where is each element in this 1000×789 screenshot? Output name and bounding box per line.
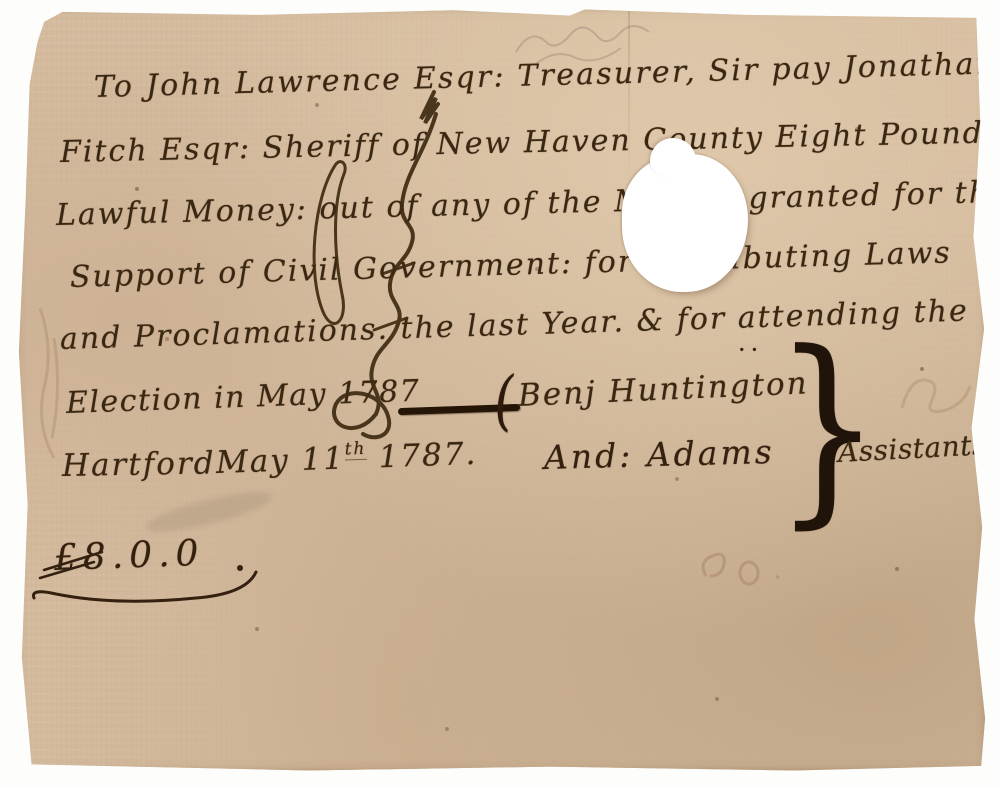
signers-label: Assistants [837, 428, 987, 469]
signature-benj-huntington: (Benj Huntington [493, 358, 810, 432]
signature-flourish: ( [492, 364, 518, 440]
manuscript-line-2: Fitch Esqr: Sheriff of New Haven County … [60, 115, 1000, 170]
date-main: May 11 [215, 441, 345, 481]
showthrough-scribble-amount [692, 546, 812, 591]
paper-hole [622, 142, 748, 292]
manuscript-line-3: Lawful Money: out of any of the Monies g… [56, 175, 1000, 233]
vertical-inscription-flourish [284, 74, 474, 444]
manuscript-paper: To John Lawrence Esqr: Treasurer, Sir pa… [16, 8, 988, 772]
scanned-document: To John Lawrence Esqr: Treasurer, Sir pa… [0, 0, 1000, 789]
signature-and-adams: And: Adams [543, 432, 775, 477]
signature-1-name: Benj Huntington [517, 365, 809, 414]
showthrough-scribble-right [892, 358, 982, 433]
manuscript-line-4: Support of Civil Government: for Distrib… [70, 235, 953, 295]
signers-brace: } [774, 326, 881, 531]
place-name: Hartford [62, 445, 216, 484]
brace-dots: ·· [738, 336, 763, 364]
paper-specks [16, 8, 18, 10]
pencil-smudge [143, 485, 275, 540]
paper-hole-notch [650, 138, 696, 180]
amount-underline-flourish [26, 564, 266, 614]
